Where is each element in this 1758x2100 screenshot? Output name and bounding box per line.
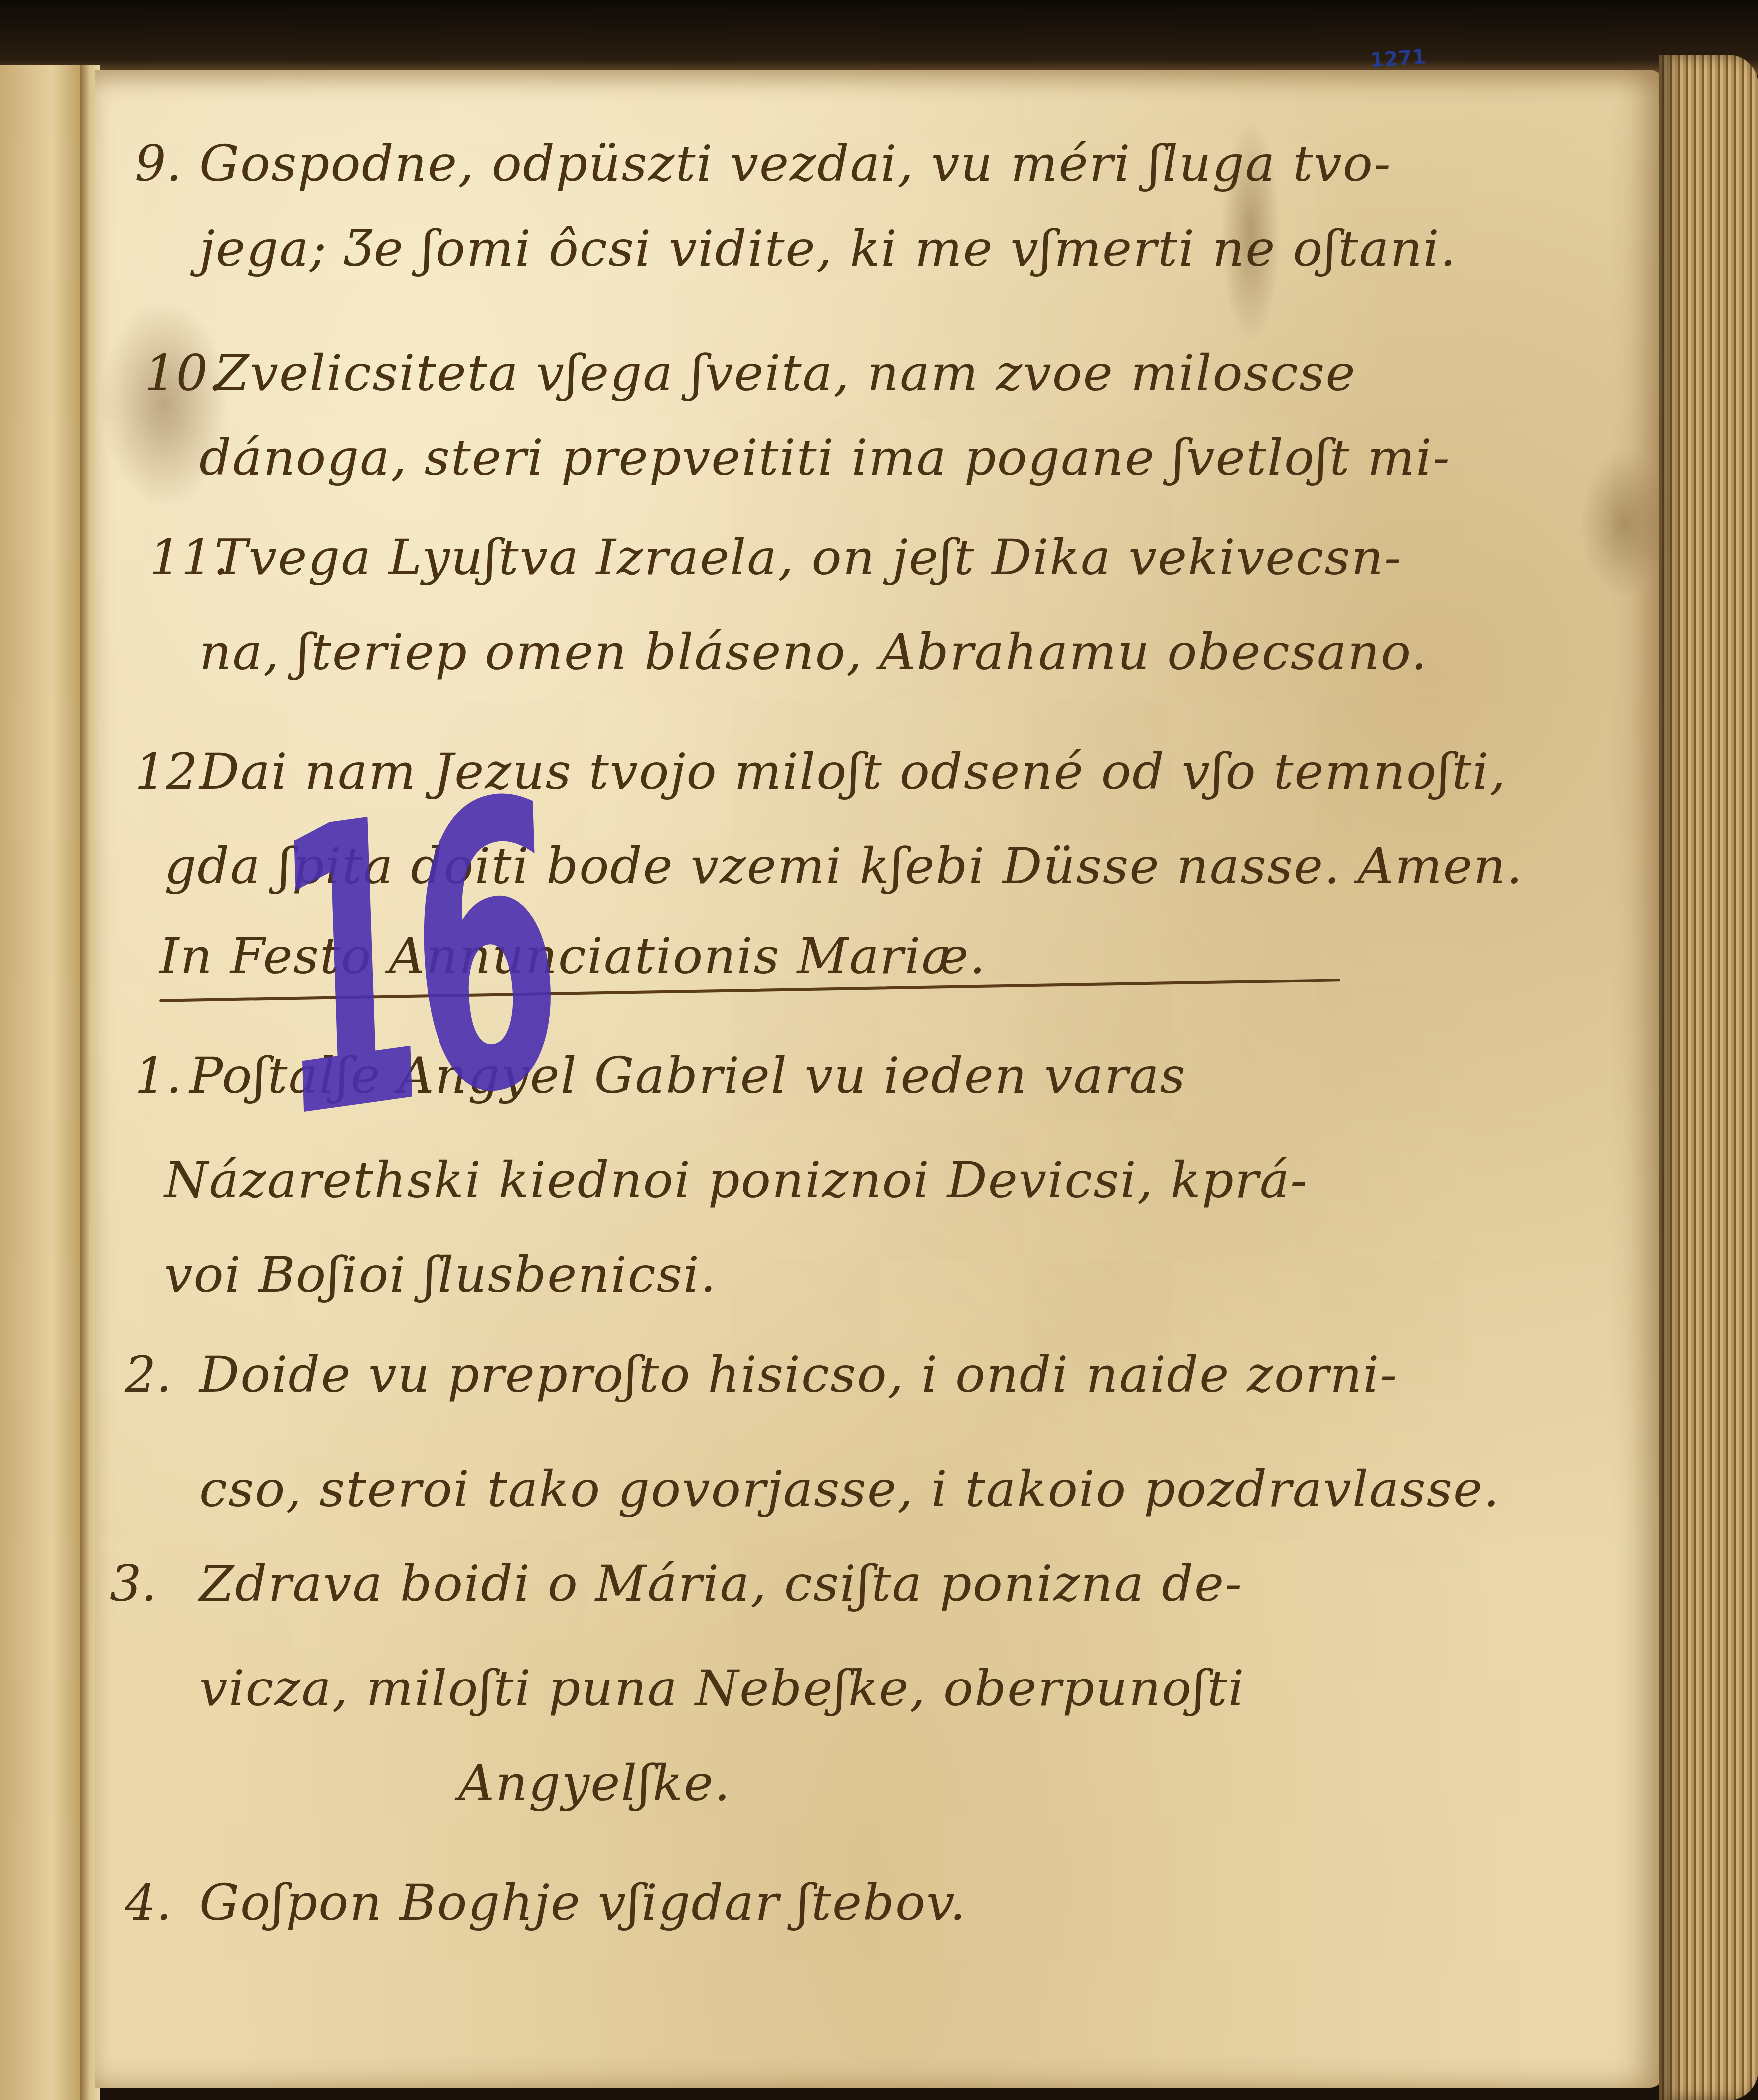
page-stack-edge — [1659, 55, 1758, 2100]
text-line: cso, steroi tako govorjasse, i takoio po… — [199, 1460, 1500, 1518]
text-line: Goʃpon Boghje vʃigdar ʃtebov. — [199, 1873, 967, 1932]
water-stain — [1580, 448, 1669, 598]
verse-number: 2. — [125, 1345, 172, 1403]
verse-number: 4. — [125, 1873, 172, 1932]
text-line: Zvelicsiteta vʃega ʃveita, nam zvoe milo… — [214, 344, 1356, 402]
book-top-edge — [0, 0, 1758, 75]
folio-number: 1271 — [1370, 45, 1427, 72]
text-line: Tvega Lyuʃtva Izraela, on jeʃt Dika veki… — [214, 528, 1402, 586]
text-line: jega; Ʒe ʃomi ôcsi vidite, ki me vʃmerti… — [199, 219, 1457, 278]
text-line: Doide vu preproʃto hisicso, i ondi naide… — [199, 1345, 1398, 1403]
text-line: na, ʃteriep omen bláseno, Abrahamu obecs… — [199, 623, 1428, 681]
verse-number: 9. — [135, 135, 182, 193]
verse-number: 3. — [110, 1554, 157, 1613]
verse-number: 10. — [145, 344, 224, 402]
text-line: Gospodne, odpüszti vezdai, vu méri ʃluga… — [199, 135, 1392, 193]
text-line: dánoga, steri prepveititi ima pogane ʃve… — [199, 428, 1451, 487]
left-page-edge — [0, 65, 87, 2100]
verse-number: 1. — [135, 1046, 182, 1105]
text-line: Zdrava boidi o Mária, csiʃta ponizna de- — [199, 1554, 1243, 1613]
text-line: Angyelʃke. — [458, 1754, 731, 1812]
text-line: voi Boʃioi ʃlusbenicsi. — [164, 1246, 717, 1304]
purple-page-number-stamp: 16 — [249, 749, 576, 1172]
text-line: vicza, miloʃti puna Nebeʃke, oberpunoʃti — [199, 1659, 1245, 1717]
